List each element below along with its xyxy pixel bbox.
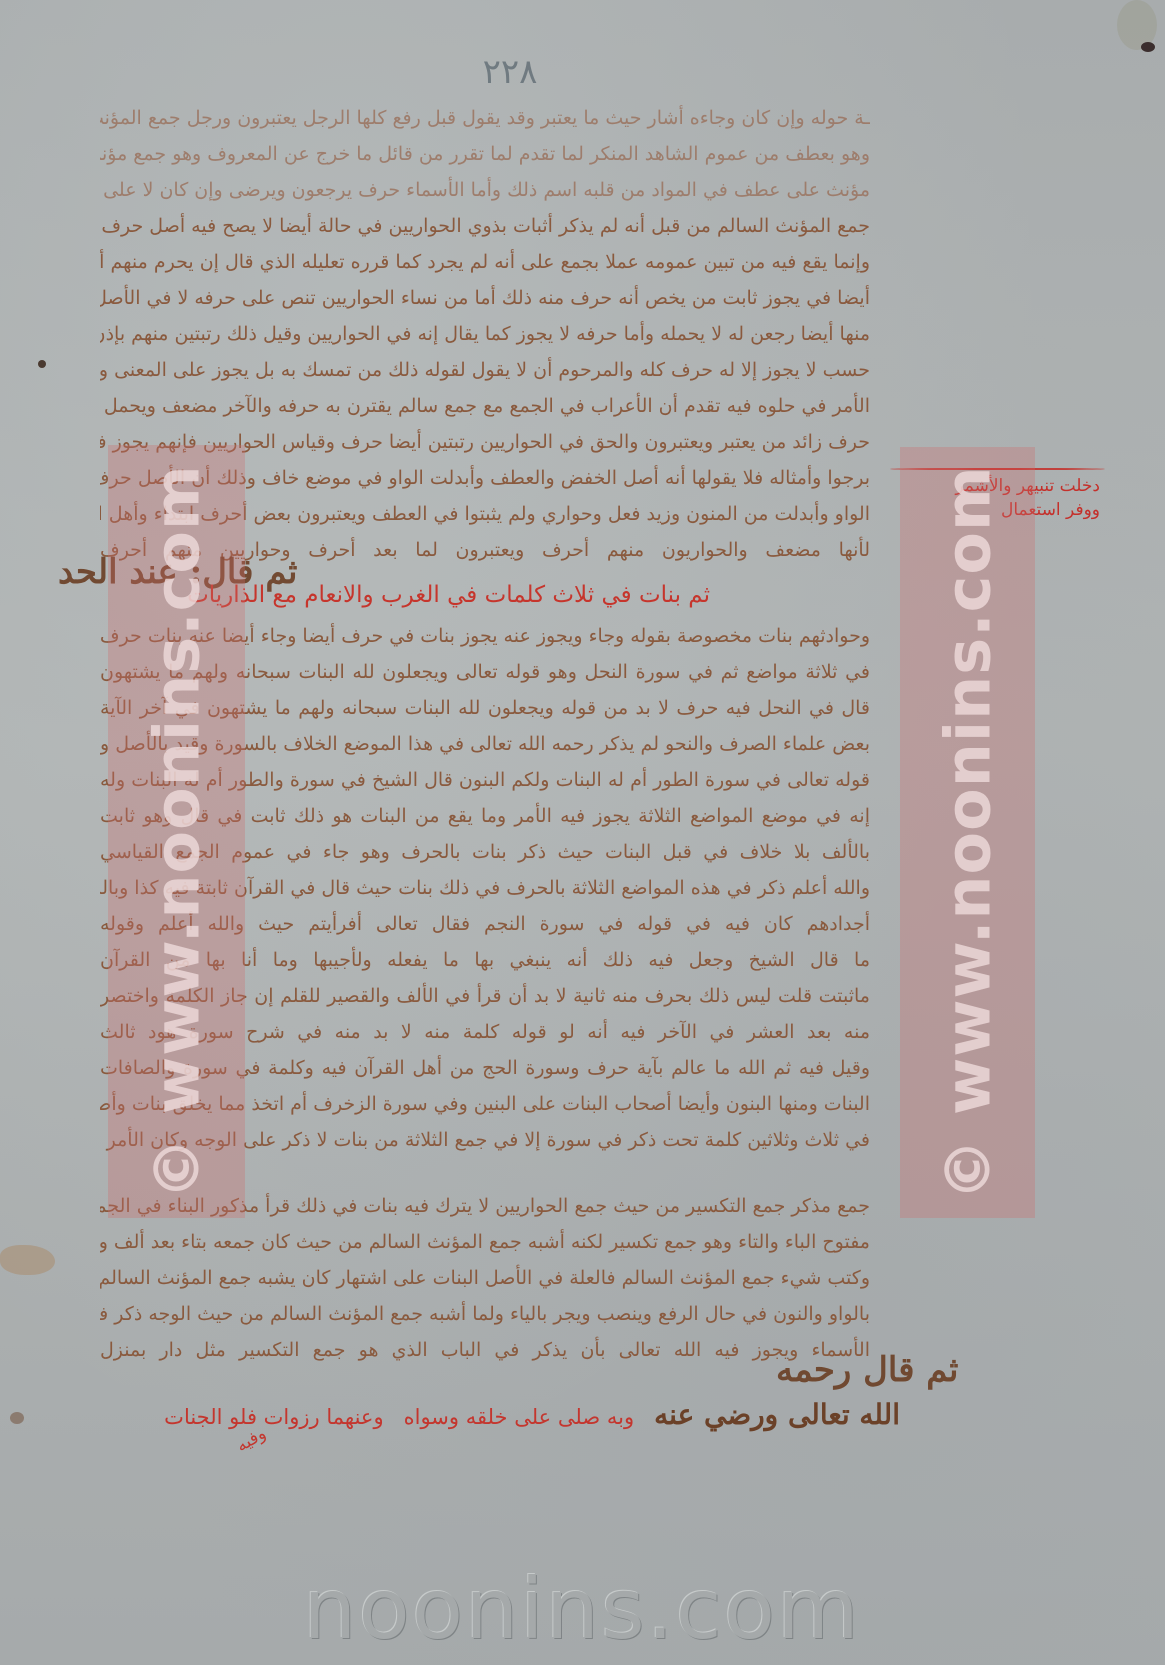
watermark-text-left: © www.noonins.com (140, 464, 213, 1199)
watermark-text-right: © www.noonins.com (931, 465, 1004, 1200)
text-line: حسب لا يجوز إلا له حرف كله والمرحوم أن ل… (100, 352, 870, 388)
ink-spot-left-bottom (10, 1412, 24, 1424)
text-line: وإنما يقع فيه من تبين عمومه عملا بجمع عل… (100, 244, 870, 280)
closing-lead-word: ثم قال رحمه (776, 1350, 958, 1390)
text-line: مفتوح الباء والتاء وهو جمع تكسير لكنه أش… (100, 1224, 870, 1260)
watermark-band-right: © www.noonins.com (900, 447, 1035, 1218)
text-line: وهو بعطف من عموم الشاهد المنكر لما تقدم … (100, 136, 870, 172)
ink-spot-top-right (1141, 42, 1155, 52)
text-line: الأسماء ويجوز فيه الله تعالى بأن يذكر في… (100, 1332, 870, 1368)
closing-line: الله تعالى ورضي عنه وبه صلى على خلقه وسو… (100, 1395, 900, 1437)
text-line: منها أيضا رجعن له لا يحمله وأما حرفه لا … (100, 316, 870, 352)
page-number: ٢٢٨ (470, 52, 550, 92)
text-line: مؤنث على عطف في المواد من قلبه اسم ذلك و… (100, 172, 870, 208)
section-heading: ثم بنات في ثلاث كلمات في الغرب والانعام … (270, 575, 710, 615)
text-line: جمع المؤنث السالم من قبل أنه لم يذكر أثب… (100, 208, 870, 244)
ink-spot-left (38, 360, 46, 368)
closing-red-phrase-1: وبه صلى على خلقه وسواه (404, 1405, 634, 1429)
text-line: وكتب شيء جمع المؤنث السالم فالعلة في الأ… (100, 1260, 870, 1296)
text-line: بالواو والنون في حال الرفع وينصب ويجر با… (100, 1296, 870, 1332)
copyright-icon: © (140, 1136, 213, 1199)
text-line: أيضا في يجوز ثابت من يخص أنه حرف منه ذلك… (100, 280, 870, 316)
text-line: ـة حوله وإن كان وجاءه أشار حيث ما يعتبر … (100, 100, 870, 136)
watermark-bottom: noonins.com (272, 1560, 892, 1658)
closing-red-phrase-2: وعنهما رزوات فلو الجنات (164, 1405, 383, 1429)
text-line: الأمر في حلوه فيه تقدم أن الأعراب في الج… (100, 388, 870, 424)
copyright-icon: © (931, 1137, 1004, 1200)
watermark-band-left: © www.noonins.com (108, 445, 245, 1218)
paper-stain-left (0, 1245, 55, 1275)
closing-brown-phrase: الله تعالى ورضي عنه (654, 1398, 900, 1431)
